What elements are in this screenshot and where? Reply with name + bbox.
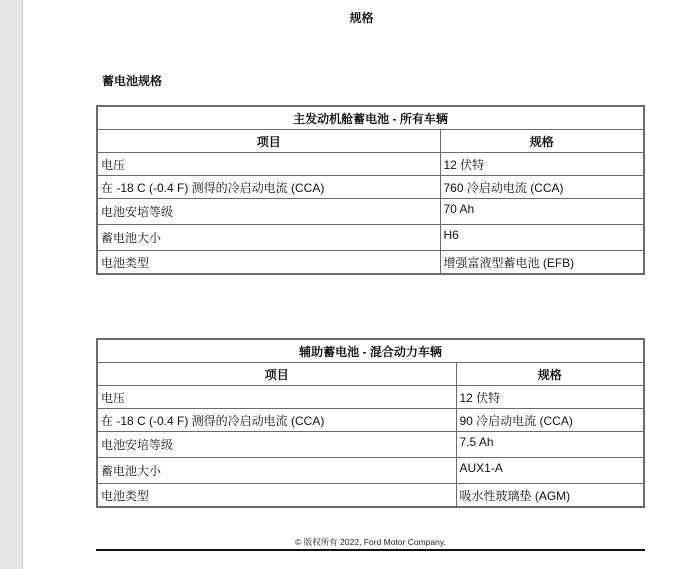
column-header-item: 项目 <box>97 363 456 386</box>
cell-spec: 70 Ah <box>440 199 644 225</box>
cell-item: 电池安培等级 <box>97 199 440 225</box>
cell-spec: 12 伏特 <box>440 153 644 176</box>
aux-battery-spec-table: 辅助蓄电池 - 混合动力车辆 项目 规格 电压 12 伏特 在 -18 C (-… <box>96 338 645 508</box>
cell-spec: 760 冷启动电流 (CCA) <box>440 176 644 199</box>
footer-divider <box>96 549 645 551</box>
table-caption: 主发动机舱蓄电池 - 所有车辆 <box>97 106 644 130</box>
section-title: 蓄电池规格 <box>102 72 162 89</box>
cell-spec: 90 冷启动电流 (CCA) <box>456 409 644 432</box>
table-row: 蓄电池大小 AUX1-A <box>97 458 644 484</box>
table-row: 电压 12 伏特 <box>97 386 644 409</box>
cell-spec: 吸水性玻璃垫 (AGM) <box>456 484 644 508</box>
page-title: 规格 <box>23 9 700 26</box>
cell-item: 电压 <box>97 153 440 176</box>
cell-item: 电池安培等级 <box>97 432 456 458</box>
cell-item: 电池类型 <box>97 484 456 508</box>
table-row: 电池类型 吸水性玻璃垫 (AGM) <box>97 484 644 508</box>
copyright-notice: © 版权所有 2022, Ford Motor Company. <box>96 536 645 548</box>
table-row: 在 -18 C (-0.4 F) 测得的冷启动电流 (CCA) 760 冷启动电… <box>97 176 644 199</box>
cell-item: 电池类型 <box>97 251 440 275</box>
cell-spec: 增强富液型蓄电池 (EFB) <box>440 251 644 275</box>
cell-item: 蓄电池大小 <box>97 225 440 251</box>
cell-spec: AUX1-A <box>456 458 644 484</box>
main-battery-spec-table: 主发动机舱蓄电池 - 所有车辆 项目 规格 电压 12 伏特 在 -18 C (… <box>96 105 645 275</box>
table-caption: 辅助蓄电池 - 混合动力车辆 <box>97 339 644 363</box>
table-row: 电池安培等级 7.5 Ah <box>97 432 644 458</box>
table-row: 电池类型 增强富液型蓄电池 (EFB) <box>97 251 644 275</box>
column-header-spec: 规格 <box>456 363 644 386</box>
table-row: 在 -18 C (-0.4 F) 测得的冷启动电流 (CCA) 90 冷启动电流… <box>97 409 644 432</box>
cell-spec: H6 <box>440 225 644 251</box>
viewer-gutter <box>0 0 23 569</box>
table-row: 蓄电池大小 H6 <box>97 225 644 251</box>
cell-item: 蓄电池大小 <box>97 458 456 484</box>
cell-item: 在 -18 C (-0.4 F) 测得的冷启动电流 (CCA) <box>97 176 440 199</box>
cell-spec: 12 伏特 <box>456 386 644 409</box>
table-row: 电压 12 伏特 <box>97 153 644 176</box>
column-header-item: 项目 <box>97 130 440 153</box>
table-row: 电池安培等级 70 Ah <box>97 199 644 225</box>
cell-item: 在 -18 C (-0.4 F) 测得的冷启动电流 (CCA) <box>97 409 456 432</box>
cell-item: 电压 <box>97 386 456 409</box>
column-header-spec: 规格 <box>440 130 644 153</box>
cell-spec: 7.5 Ah <box>456 432 644 458</box>
